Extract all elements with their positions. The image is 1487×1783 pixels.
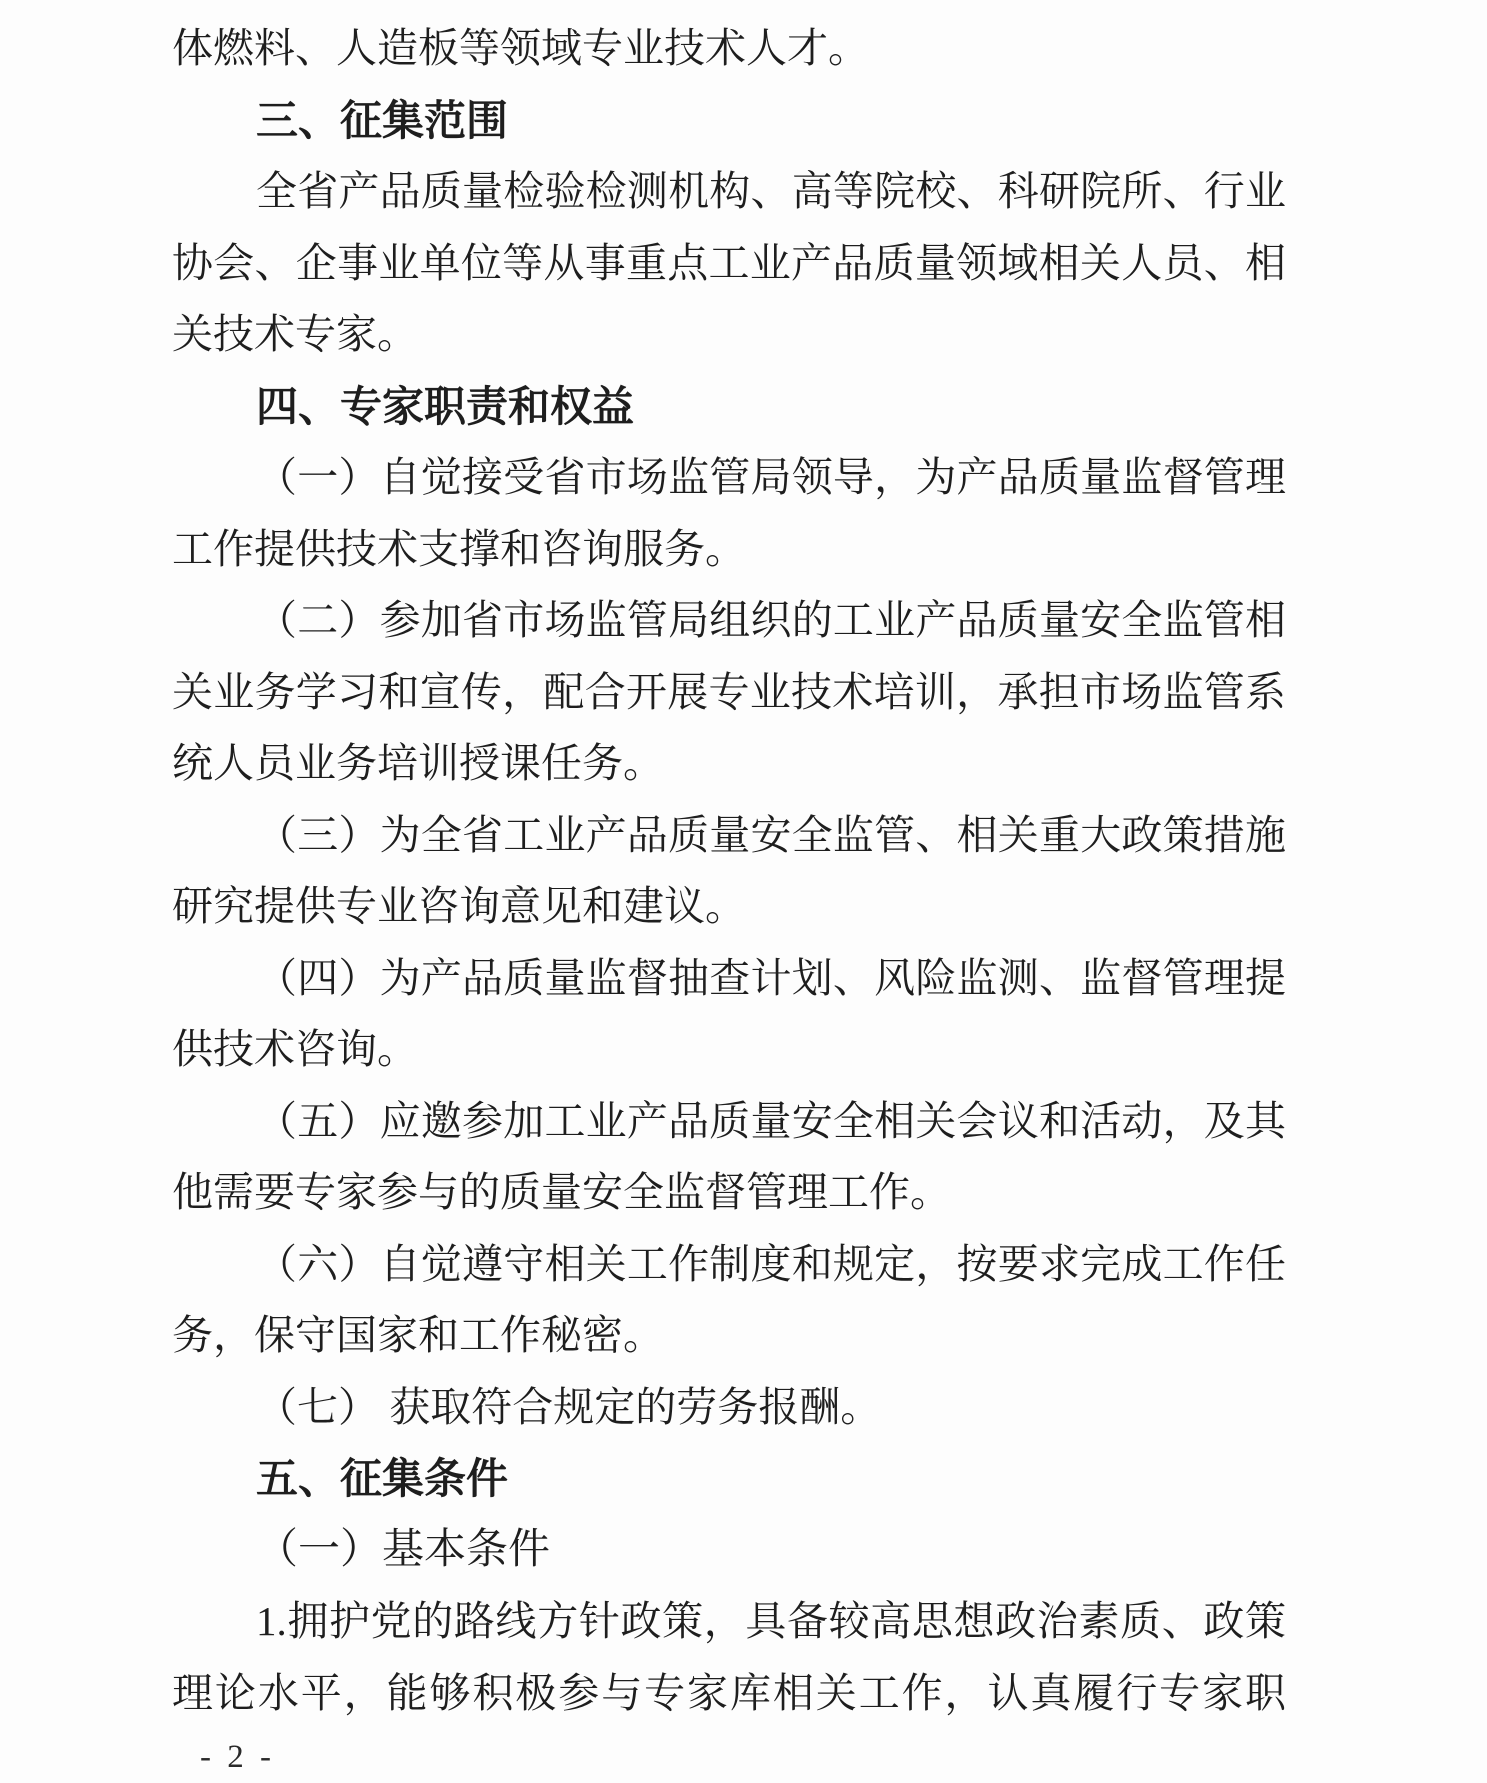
text-line: 研究提供专业咨询意见和建议。 bbox=[172, 871, 1286, 943]
text-line: 理论水平，能够积极参与专家库相关工作，认真履行专家职责， bbox=[172, 1658, 1286, 1730]
text-line: 工作提供技术支撑和咨询服务。 bbox=[172, 514, 1286, 586]
text-line: 全省产品质量检验检测机构、高等院校、科研院所、行业 bbox=[172, 156, 1286, 228]
text-line-item-6: （六）自觉遵守相关工作制度和规定，按要求完成工作任 bbox=[172, 1229, 1286, 1301]
text-line: 关技术专家。 bbox=[172, 299, 1286, 371]
text-line: 关业务学习和宣传，配合开展专业技术培训，承担市场监管系 bbox=[172, 657, 1286, 729]
text-line: 他需要专家参与的质量安全监督管理工作。 bbox=[172, 1157, 1286, 1229]
text-line-item-4: （四）为产品质量监督抽查计划、风险监测、监督管理提 bbox=[172, 943, 1286, 1015]
text-line: 协会、企事业单位等从事重点工业产品质量领域相关人员、相 bbox=[172, 228, 1286, 300]
section-heading-3: 三、征集范围 bbox=[172, 85, 1286, 157]
text-line: 务，保守国家和工作秘密。 bbox=[172, 1300, 1286, 1372]
text-line-item-7: （七） 获取符合规定的劳务报酬。 bbox=[172, 1372, 1286, 1444]
text-line-item-1: （一）自觉接受省市场监管局领导，为产品质量监督管理 bbox=[172, 442, 1286, 514]
section-heading-5: 五、征集条件 bbox=[172, 1443, 1286, 1515]
document-page: 体燃料、人造板等领域专业技术人才。 三、征集范围 全省产品质量检验检测机构、高等… bbox=[0, 0, 1487, 1783]
text-line: 供技术咨询。 bbox=[172, 1014, 1286, 1086]
page-number: - 2 - bbox=[200, 1736, 275, 1778]
section-heading-4: 四、专家职责和权益 bbox=[172, 371, 1286, 443]
text-line-continuation: 体燃料、人造板等领域专业技术人才。 bbox=[172, 13, 1286, 85]
text-line-item-2: （二）参加省市场监管局组织的工业产品质量安全监管相 bbox=[172, 585, 1286, 657]
subsection-heading-basic: （一）基本条件 bbox=[172, 1515, 1286, 1587]
text-line-item-5: （五）应邀参加工业产品质量安全相关会议和活动，及其 bbox=[172, 1086, 1286, 1158]
text-line-point-1: 1.拥护党的路线方针政策，具备较高思想政治素质、政策 bbox=[172, 1586, 1286, 1658]
text-line-item-3: （三）为全省工业产品质量安全监管、相关重大政策措施 bbox=[172, 800, 1286, 872]
document-text-block: 体燃料、人造板等领域专业技术人才。 三、征集范围 全省产品质量检验检测机构、高等… bbox=[172, 13, 1286, 1729]
text-line: 统人员业务培训授课任务。 bbox=[172, 728, 1286, 800]
